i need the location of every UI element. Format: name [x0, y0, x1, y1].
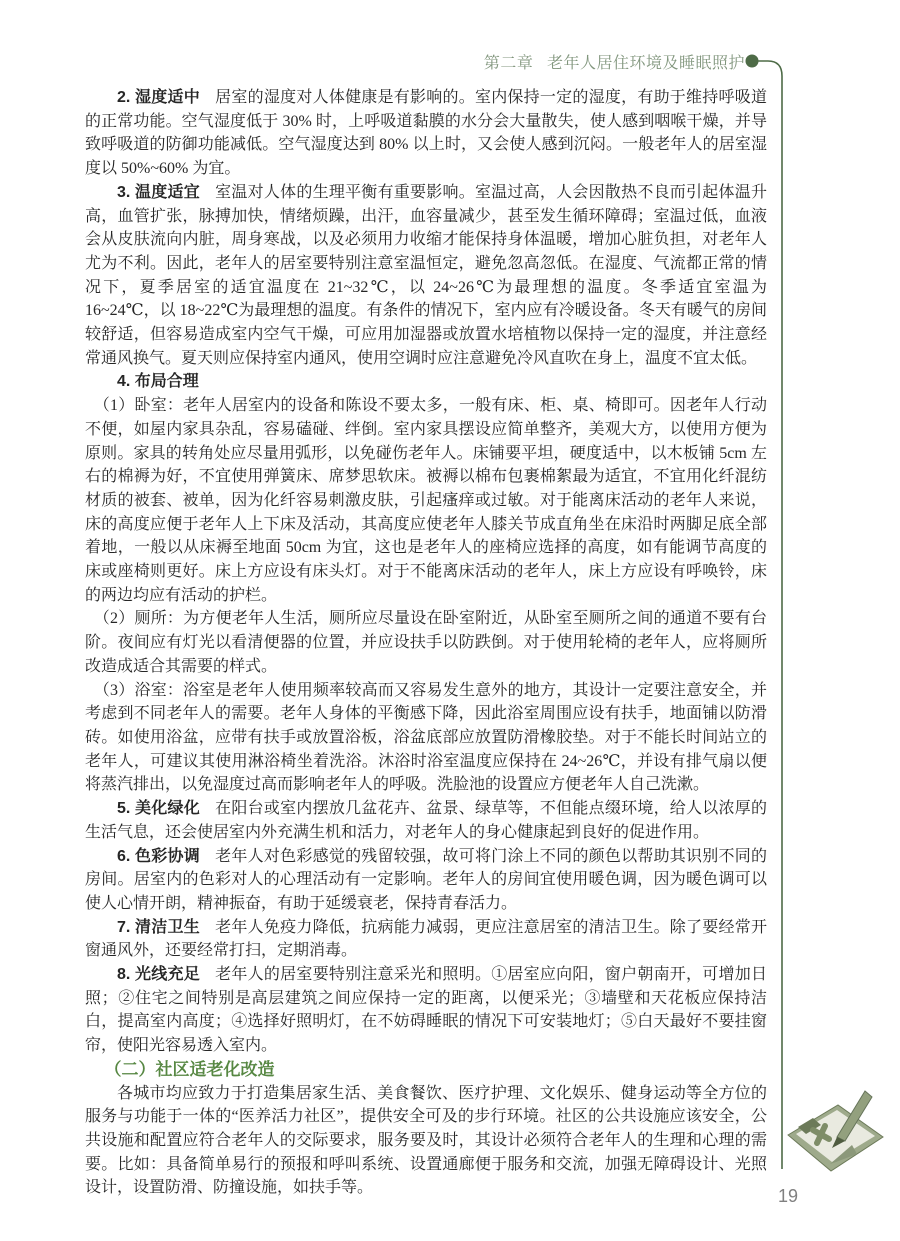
paragraph: 7. 清洁卫生老年人免疫力降低，抗病能力减弱，更应注意居室的清洁卫生。除了要经常…: [85, 916, 767, 963]
paragraph: 各城市均应致力于打造集居家生活、美食餐饮、医疗护理、文化娱乐、健身运动等全方位的…: [85, 1082, 767, 1201]
paragraph: 6. 色彩协调老年人对色彩感觉的残留较强，故可将门涂上不同的颜色以帮助其识别不同…: [85, 845, 767, 916]
body-text: 2. 湿度适中居室的湿度对人体健康是有影响的。室内保持一定的湿度，有助于维持呼吸…: [85, 86, 767, 1200]
page-header: 第二章老年人居住环境及睡眠照护: [484, 50, 745, 73]
paragraph: 2. 湿度适中居室的湿度对人体健康是有影响的。室内保持一定的湿度，有助于维持呼吸…: [85, 86, 767, 181]
paragraph: （2）厕所：为方便老年人生活，厕所应尽量设在卧室附近，从卧室至厕所之间的通道不要…: [85, 607, 767, 678]
paragraph-topic-label: 6. 色彩协调: [117, 848, 200, 865]
paragraph-topic-label: 5. 美化绿化: [117, 800, 200, 817]
paragraph-topic-label: 7. 清洁卫生: [117, 919, 200, 936]
page-number: 19: [778, 1186, 798, 1207]
clipboard-pen-icon: [786, 1088, 886, 1178]
section-heading: （二）社区适老化改造: [85, 1058, 767, 1082]
paragraph-topic-label: 3. 温度适宜: [117, 184, 200, 201]
paragraph: （3）浴室：浴室是老年人使用频率较高而又容易发生意外的地方，其设计一定要注意安全…: [85, 679, 767, 798]
paragraph: 4. 布局合理: [85, 370, 767, 394]
chapter-title: 老年人居住环境及睡眠照护: [547, 55, 745, 72]
paragraph: （1）卧室：老年人居室内的设备和陈设不要太多，一般有床、柜、桌、椅即可。因老年人…: [85, 394, 767, 607]
paragraph: 3. 温度适宜室温对人体的生理平衡有重要影响。室温过高，人会因散热不良而引起体温…: [85, 181, 767, 371]
paragraph: 5. 美化绿化在阳台或室内摆放几盆花卉、盆景、绿草等，不但能点缀环境，给人以浓厚…: [85, 797, 767, 844]
chapter-label: 第二章: [484, 55, 534, 72]
cross-mark: [813, 1126, 829, 1143]
accent-dot: [746, 55, 759, 68]
book-page: { "header": { "chapter": "第二章", "title":…: [0, 0, 900, 1241]
paragraph-topic-label: 2. 湿度适中: [117, 89, 200, 106]
paragraph-topic-label: 4. 布局合理: [117, 373, 199, 390]
paragraph-topic-label: 8. 光线充足: [117, 966, 200, 983]
paragraph: 8. 光线充足老年人的居室要特别注意采光和照明。①居室应向阳，窗户朝南开，可增加…: [85, 963, 767, 1058]
